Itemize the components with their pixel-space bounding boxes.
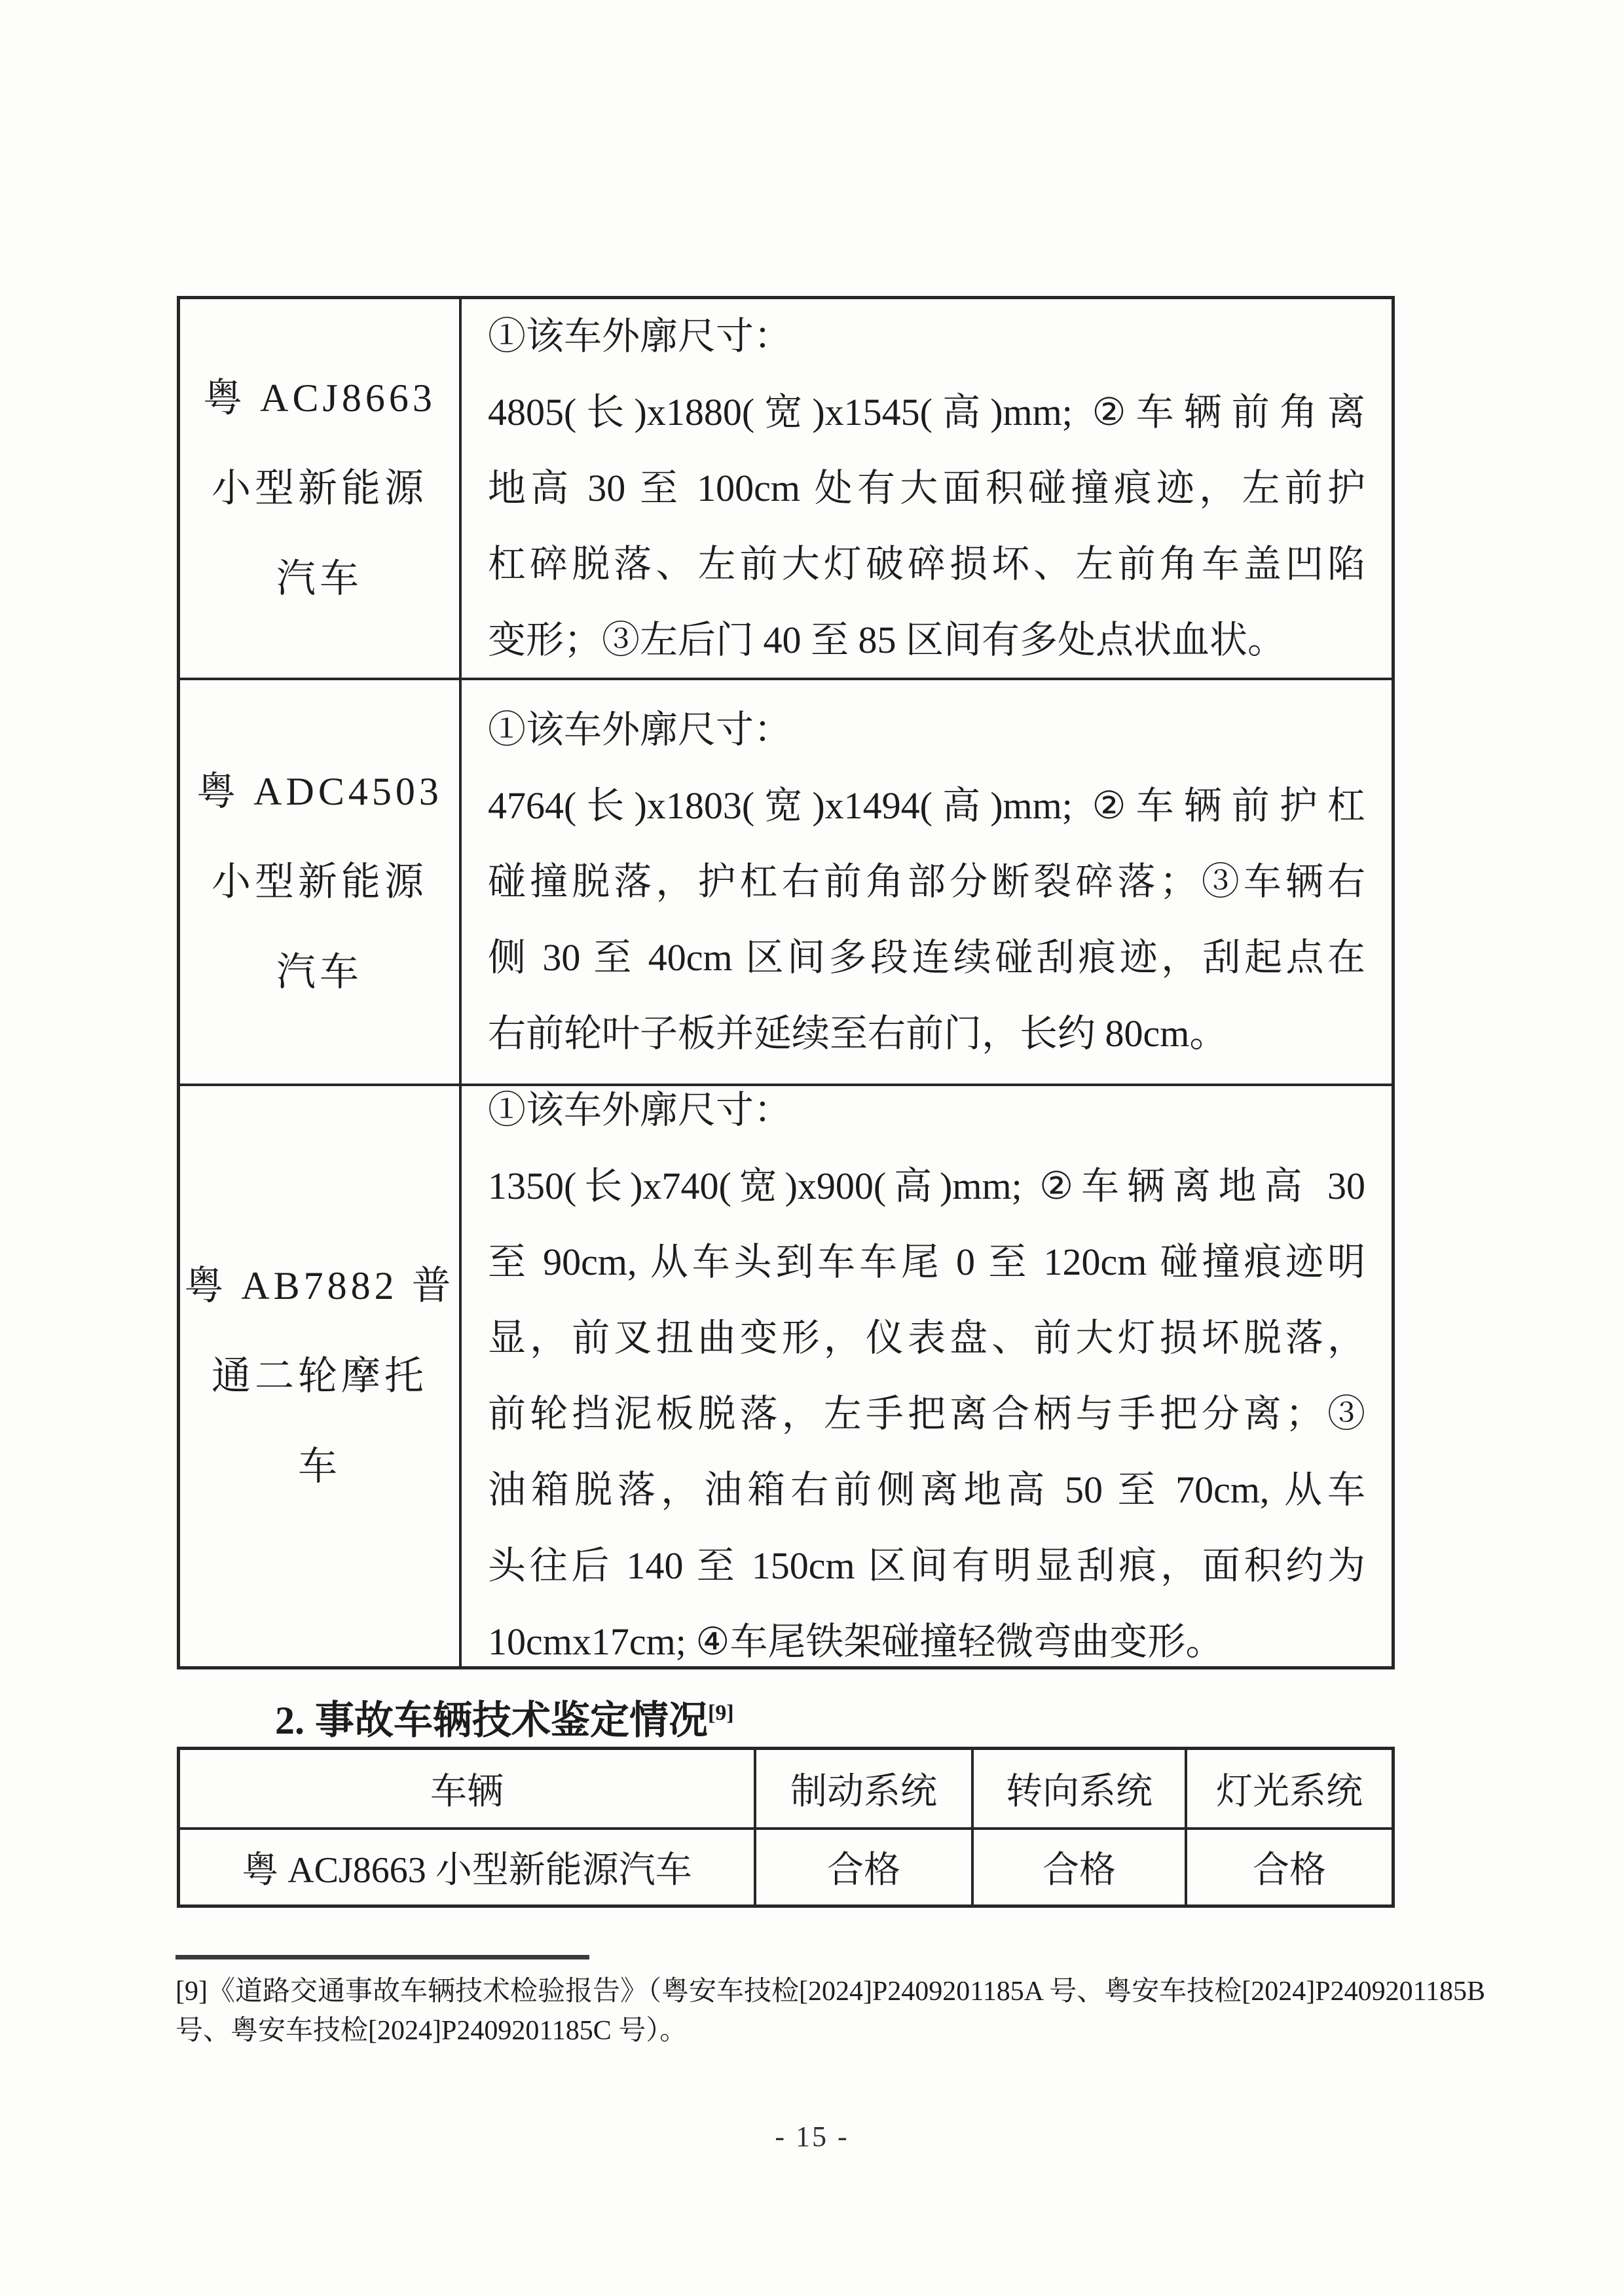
vehicle-id-line: 通二轮摩托: [212, 1331, 428, 1421]
inspection-result-cell: 合格: [756, 1827, 974, 1904]
vehicle-id-cell: 粤 ADC4503小型新能源汽车: [180, 678, 462, 1084]
damage-description-line: 至 90cm, 从车头到车车尾 0 至 120cm 碰撞痕迹明: [488, 1224, 1365, 1300]
vehicle-id-line: 粤 ACJ8663: [203, 353, 436, 443]
section-heading: 2.事故车辆技术鉴定情况[9]: [275, 1689, 734, 1745]
footnote: [9]《道路交通事故车辆技术检验报告》（粤安车技检[2024]P24092011…: [175, 1972, 1452, 2050]
footnote-ref-marker: [9]: [708, 1701, 734, 1725]
vehicle-id-line: 汽车: [276, 534, 363, 624]
inspection-result-cell: 合格: [974, 1827, 1187, 1904]
vehicle-id-line: 车: [298, 1421, 341, 1512]
page-number: - 15 -: [0, 2120, 1624, 2153]
damage-description-line: ①该车外廓尺寸：: [488, 299, 1365, 374]
inspection-header-cell: 灯光系统: [1187, 1750, 1392, 1827]
damage-description-line: 10cmx17cm; ④车尾铁架碰撞轻微弯曲变形。: [488, 1604, 1365, 1680]
vehicle-id-line: 粤 ADC4503: [196, 746, 443, 837]
inspection-header-cell: 转向系统: [974, 1750, 1187, 1827]
damage-description-cell: ①该车外廓尺寸：4764(长)x1803(宽)x1494(高)mm; ②车辆前护…: [462, 678, 1392, 1084]
damage-description-line: ①该车外廓尺寸：: [488, 692, 1365, 768]
damage-description-line: 前轮挡泥板脱落，左手把离合柄与手把分离；③: [488, 1376, 1365, 1452]
footnote-line: 号、粤安车技检[2024]P2409201185C 号）。: [175, 2011, 1452, 2050]
damage-description-line: 显，前叉扭曲变形，仪表盘、前大灯损坏脱落，: [488, 1300, 1365, 1376]
vehicle-id-line: 小型新能源: [212, 443, 428, 534]
inspection-result-cell: 合格: [1187, 1827, 1392, 1904]
footnote-separator: [175, 1955, 589, 1959]
vehicle-id-line: 小型新能源: [212, 837, 428, 927]
inspection-vehicle-cell: 粤 ACJ8663 小型新能源汽车: [180, 1827, 756, 1904]
section-number: 2.: [275, 1699, 304, 1742]
damage-description-line: 碰撞脱落，护杠右前角部分断裂碎落；③车辆右: [488, 844, 1365, 920]
damage-description-line: 变形；③左后门 40 至 85 区间有多处点状血状。: [488, 602, 1365, 678]
damage-description-line: 1350(长)x740(宽)x900(高)mm; ②车辆离地高 30: [488, 1148, 1365, 1224]
damage-description-line: 杠碎脱落、左前大灯破碎损坏、左前角车盖凹陷: [488, 526, 1365, 602]
inspection-header-cell: 车辆: [180, 1750, 756, 1827]
damage-description-line: 4764(长)x1803(宽)x1494(高)mm; ②车辆前护杠: [488, 768, 1365, 844]
damage-description-cell: ①该车外廓尺寸：4805(长)x1880(宽)x1545(高)mm; ②车辆前角…: [462, 299, 1392, 678]
vehicle-id-cell: 粤 AB7882 普通二轮摩托车: [180, 1084, 462, 1666]
damage-description-line: ①该车外廓尺寸：: [488, 1072, 1365, 1148]
damage-description-line: 4805(长)x1880(宽)x1545(高)mm; ②车辆前角离: [488, 374, 1365, 450]
footnote-line: [9]《道路交通事故车辆技术检验报告》（粤安车技检[2024]P24092011…: [175, 1972, 1452, 2011]
damage-description-line: 地高 30 至 100cm 处有大面积碰撞痕迹，左前护: [488, 450, 1365, 526]
section-title: 事故车辆技术鉴定情况: [315, 1699, 708, 1742]
damage-description-cell: ①该车外廓尺寸：1350(长)x740(宽)x900(高)mm; ②车辆离地高 …: [462, 1084, 1392, 1666]
inspection-table: 车辆制动系统转向系统灯光系统粤 ACJ8663 小型新能源汽车合格合格合格: [177, 1747, 1395, 1908]
vehicle-id-line: 粤 AB7882 普: [184, 1241, 454, 1331]
inspection-header-cell: 制动系统: [756, 1750, 974, 1827]
vehicle-damage-table: 粤 ACJ8663小型新能源汽车①该车外廓尺寸：4805(长)x1880(宽)x…: [177, 296, 1395, 1669]
damage-description-line: 侧 30 至 40cm 区间多段连续碰刮痕迹，刮起点在: [488, 920, 1365, 996]
vehicle-id-cell: 粤 ACJ8663小型新能源汽车: [180, 299, 462, 678]
damage-description-line: 头往后 140 至 150cm 区间有明显刮痕，面积约为: [488, 1528, 1365, 1604]
vehicle-id-line: 汽车: [276, 927, 363, 1017]
document-page: 粤 ACJ8663小型新能源汽车①该车外廓尺寸：4805(长)x1880(宽)x…: [0, 0, 1624, 2296]
damage-description-line: 油箱脱落，油箱右前侧离地高 50 至 70cm, 从车: [488, 1452, 1365, 1528]
damage-description-line: 右前轮叶子板并延续至右前门，长约 80cm。: [488, 996, 1365, 1072]
